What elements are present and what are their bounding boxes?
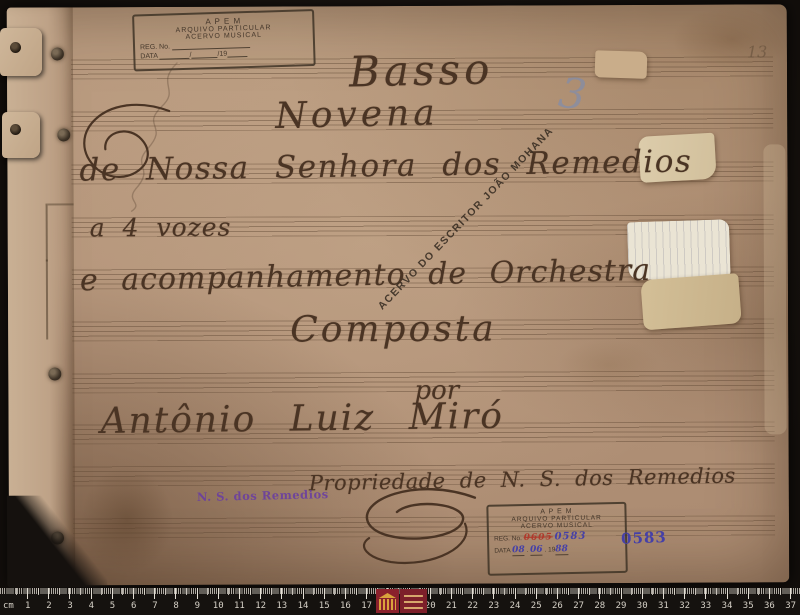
cm-tick (133, 588, 134, 599)
work-genre: Novena (275, 92, 439, 137)
binding-grommet (48, 367, 61, 380)
cm-tick (69, 588, 70, 599)
half-cm-tick (546, 588, 547, 595)
half-cm-tick (758, 588, 759, 595)
scanned-manuscript-cover: Basso Novena de Nossa Senhora dos Remedi… (0, 0, 800, 615)
half-cm-tick (207, 588, 208, 595)
half-cm-tick (16, 588, 17, 595)
tab-hole (10, 42, 21, 53)
page-edge-strip (763, 144, 786, 434)
cm-tick (663, 588, 664, 599)
half-cm-tick (568, 588, 569, 595)
cm-tick (515, 588, 516, 599)
half-cm-tick (334, 588, 335, 595)
half-cm-tick (483, 588, 484, 595)
cm-tick (218, 588, 219, 599)
catalog-number: 0583 (621, 528, 667, 548)
ruler-number: 14 (298, 601, 309, 611)
ruler-number: 3 (67, 601, 72, 611)
cm-tick (48, 588, 49, 599)
cm-tick (430, 588, 431, 599)
cm-tick (727, 588, 728, 599)
torn-corner (7, 495, 107, 587)
ruler-number: 11 (234, 601, 245, 611)
half-cm-tick (165, 588, 166, 595)
archive-stamp-bottom: A P E M ARQUIVO PARTICULAR ACERVO MUSICA… (486, 502, 628, 576)
part-title: Basso (349, 44, 494, 96)
stamp-reg-label: REG. No. (494, 535, 522, 543)
ruler-number: 10 (213, 601, 224, 611)
half-cm-tick (101, 588, 102, 595)
cm-tick (536, 588, 537, 599)
cm-tick (748, 588, 749, 599)
tab-hole (10, 124, 21, 135)
ruler-number: 37 (785, 601, 796, 611)
date-year: 88 (555, 544, 568, 555)
accompaniment-line: e acompanhamento de Orchestra (80, 253, 652, 298)
half-cm-tick (610, 588, 611, 595)
cm-tick (472, 588, 473, 599)
ruler-number: 15 (319, 601, 330, 611)
cm-tick (621, 588, 622, 599)
pen-flourish-bottom (347, 484, 492, 577)
ruler-number: 26 (552, 601, 563, 611)
cm-tick (239, 588, 240, 599)
binding-tab (0, 28, 42, 76)
ruler-number: 1 (25, 601, 30, 611)
stamp-date-label: DATA (140, 53, 157, 61)
cm-tick (303, 588, 304, 599)
date-month: 06 (530, 545, 543, 556)
half-cm-tick (780, 588, 781, 595)
half-cm-tick (80, 588, 81, 595)
half-cm-tick (440, 588, 441, 595)
half-cm-tick (504, 588, 505, 595)
ruler-number: 22 (467, 601, 478, 611)
cm-tick (175, 588, 176, 599)
half-cm-tick (122, 588, 123, 595)
manuscript-cover-paper: Basso Novena de Nossa Senhora dos Remedi… (7, 4, 790, 585)
cm-tick (260, 588, 261, 599)
ruler-number: 5 (110, 601, 115, 611)
ruler-number: 23 (488, 601, 499, 611)
half-cm-tick (228, 588, 229, 595)
cm-tick (197, 588, 198, 599)
ruler-number: 33 (700, 601, 711, 611)
ruler-number: 35 (743, 601, 754, 611)
voices-line: a 4 vozes (90, 213, 232, 243)
ruler-number: 27 (573, 601, 584, 611)
tape-patch (595, 50, 648, 79)
cm-tick (769, 588, 770, 599)
half-cm-tick (462, 588, 463, 595)
ruler-number: 8 (173, 601, 178, 611)
cm-tick (578, 588, 579, 599)
ruler-number: 4 (89, 601, 94, 611)
ruler-number: 30 (637, 601, 648, 611)
stamp-reg-label: REG. No. (140, 43, 170, 51)
half-cm-tick (525, 588, 526, 595)
half-cm-tick (716, 588, 717, 595)
ruler-number: 16 (340, 601, 351, 611)
cm-tick (684, 588, 685, 599)
measuring-ruler: cm 1234567891011121314151617181920212223… (0, 588, 800, 615)
ruler-number: 34 (722, 601, 733, 611)
half-cm-tick (589, 588, 590, 595)
ruler-number: 25 (531, 601, 542, 611)
ruler-number: 13 (276, 601, 287, 611)
date-blank (227, 50, 247, 58)
composer-name: Antônio Luiz Miró (100, 396, 504, 442)
reg-value: 0583 (554, 531, 586, 543)
binding-tab (2, 112, 40, 158)
cm-tick (451, 588, 452, 599)
cm-tick (599, 588, 600, 599)
half-cm-tick (674, 588, 675, 595)
date-blank (159, 52, 189, 60)
cm-tick (705, 588, 706, 599)
ruler-number: 7 (152, 601, 157, 611)
cm-tick (366, 588, 367, 599)
cm-tick (154, 588, 155, 599)
binding-grommet (57, 128, 70, 141)
half-cm-tick (313, 588, 314, 595)
ruler-number: 31 (658, 601, 669, 611)
date-day: 08 (512, 545, 525, 556)
fastener-mark-lower (46, 260, 51, 340)
ruler-logo (376, 589, 427, 613)
ruler-number: 32 (679, 601, 690, 611)
ruler-number: 21 (446, 601, 457, 611)
ruler-number: 6 (131, 601, 136, 611)
cm-tick (324, 588, 325, 599)
half-cm-tick (59, 588, 60, 595)
ruler-number: 12 (255, 601, 266, 611)
half-cm-tick (292, 588, 293, 595)
ruler-logo-building-icon (376, 589, 399, 613)
owner-purple-stamp: N. S. dos Remedios (197, 487, 329, 504)
ruler-unit-label: cm (3, 601, 14, 611)
stamp-century: 19 (548, 546, 555, 553)
cm-tick (91, 588, 92, 599)
cm-tick (27, 588, 28, 599)
cm-tick (112, 588, 113, 599)
stamp-century: 19 (219, 51, 227, 58)
archive-stamp-top: A P E M ARQUIVO PARTICULAR ACERVO MUSICA… (132, 9, 316, 72)
cm-tick (557, 588, 558, 599)
reg-blank (172, 41, 250, 50)
stamp-date-label: DATA (494, 547, 510, 554)
half-cm-tick (356, 588, 357, 595)
half-cm-tick (186, 588, 187, 595)
ruler-number: 2 (46, 601, 51, 611)
half-cm-tick (144, 588, 145, 595)
date-blank (191, 51, 217, 59)
ruler-number: 9 (195, 601, 200, 611)
half-cm-tick (695, 588, 696, 595)
half-cm-tick (250, 588, 251, 595)
half-cm-tick (631, 588, 632, 595)
cm-tick (281, 588, 282, 599)
ruler-number: 29 (616, 601, 627, 611)
cm-tick (642, 588, 643, 599)
half-cm-tick (652, 588, 653, 595)
ruler-number: 36 (764, 601, 775, 611)
ruler-number: 24 (510, 601, 521, 611)
half-cm-tick (737, 588, 738, 595)
ruler-logo-text-block (400, 589, 427, 613)
cm-tick (345, 588, 346, 599)
cm-tick (790, 588, 791, 599)
ruler-number: 28 (594, 601, 605, 611)
fastener-mark (46, 203, 74, 261)
tape-patch (640, 273, 741, 330)
pencil-inscription-squiggle (85, 55, 206, 216)
binding-grommet (51, 47, 64, 60)
cm-tick (493, 588, 494, 599)
half-cm-tick (271, 588, 272, 595)
half-cm-tick (38, 588, 39, 595)
corner-page-mark: 13 (747, 42, 767, 61)
composed-line: Composta (290, 309, 497, 351)
reg-crossed-value: 0605 (524, 532, 553, 543)
ruler-number: 17 (361, 601, 372, 611)
